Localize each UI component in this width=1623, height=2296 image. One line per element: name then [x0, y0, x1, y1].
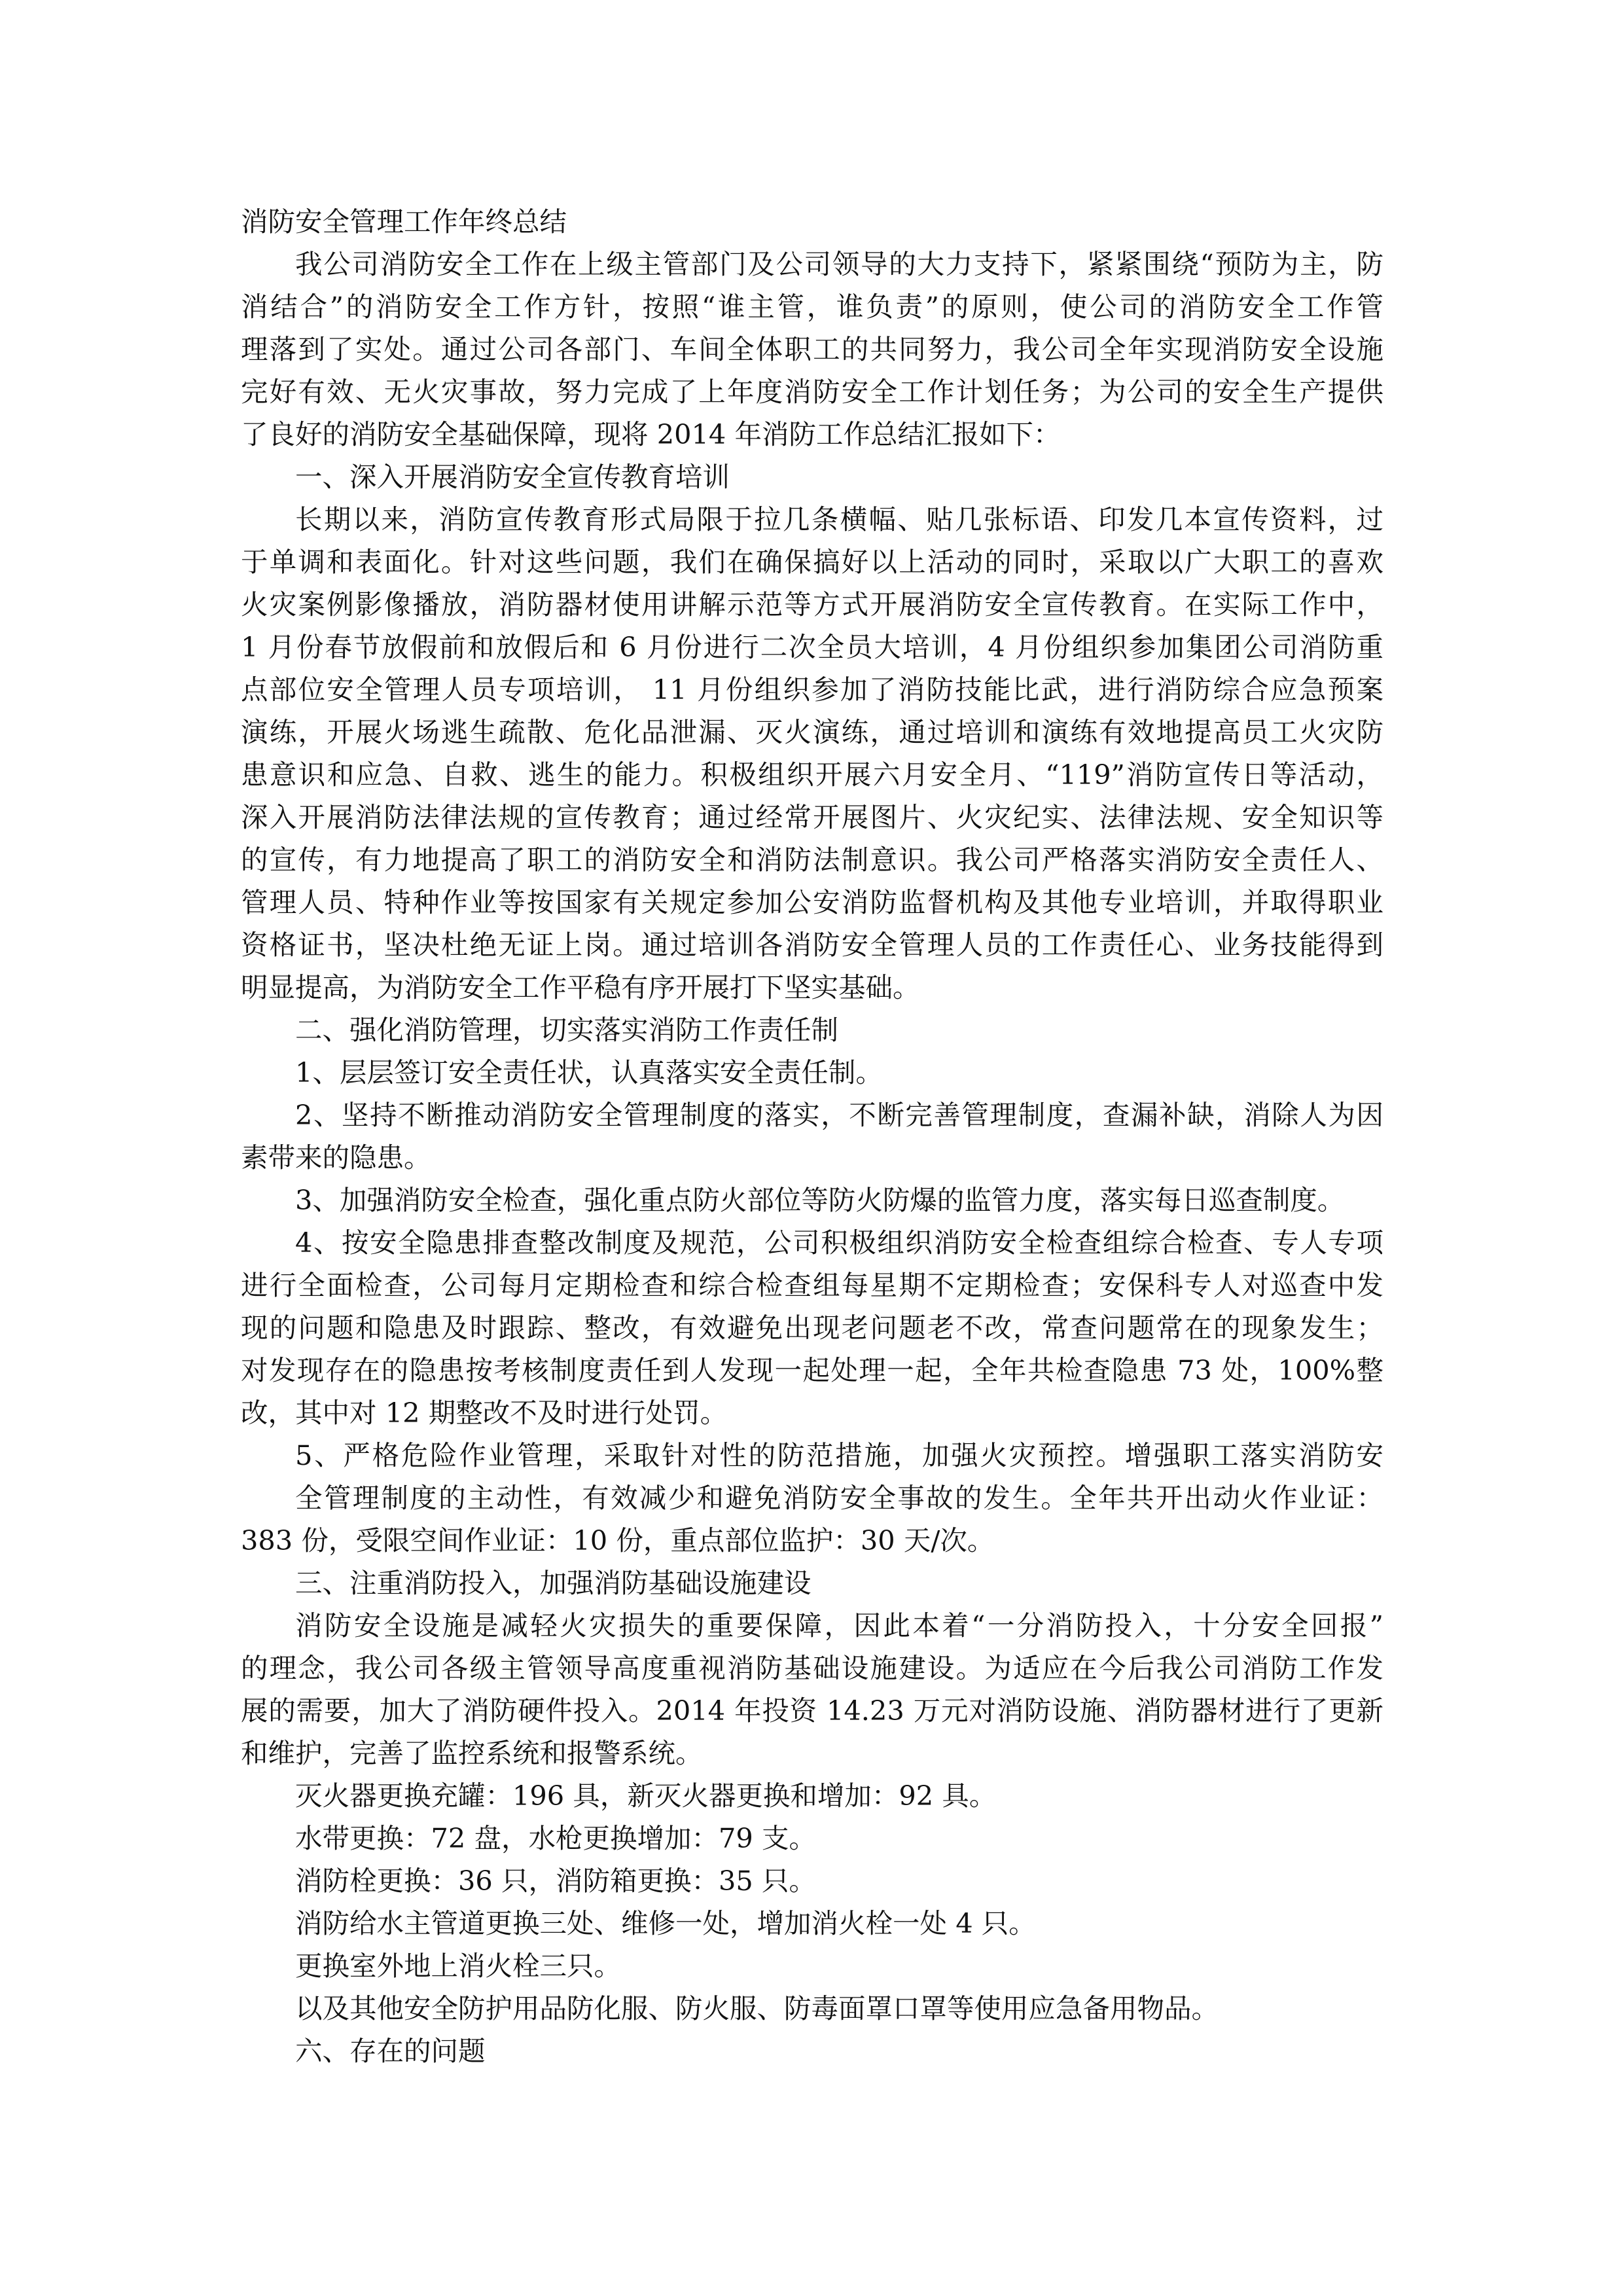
equipment-item: 更换室外地上消火栓三只。: [241, 1945, 1383, 1987]
list-item-2-cont: 素带来的隐患。: [241, 1136, 1383, 1179]
list-item-5: 5、严格危险作业管理，采取针对性的防范措施，加强火灾预控。增强职工落实消防安: [241, 1434, 1383, 1477]
list-item-4-cont: 进行全面检查，公司每月定期检查和综合检查组每星期不定期检查；安保科专人对巡查中发: [241, 1264, 1383, 1306]
paragraph-line: 1 月份春节放假前和放假后和 6 月份进行二次全员大培训，4 月份组织参加集团公…: [241, 626, 1383, 668]
paragraph-line: 消结合”的消防安全工作方针，按照“谁主管，谁负责”的原则，使公司的消防安全工作管: [241, 285, 1383, 328]
list-item-3: 3、加强消防安全检查，强化重点防火部位等防火防爆的监管力度，落实每日巡查制度。: [241, 1179, 1383, 1221]
list-item-4: 4、按安全隐患排查整改制度及规范，公司积极组织消防安全检查组综合检查、专人专项: [241, 1221, 1383, 1264]
intro-paragraph: 我公司消防安全工作在上级主管部门及公司领导的大力支持下，紧紧围绕“预防为主，防 …: [241, 243, 1383, 456]
paragraph-line: 我公司消防安全工作在上级主管部门及公司领导的大力支持下，紧紧围绕“预防为主，防: [241, 243, 1383, 285]
section-heading-6: 六、存在的问题: [241, 2030, 1383, 2072]
equipment-item: 灭火器更换充罐：196 具，新灭火器更换和增加：92 具。: [241, 1774, 1383, 1817]
section-heading-1: 一、深入开展消防安全宣传教育培训: [241, 456, 1383, 498]
paragraph-line: 了良好的消防安全基础保障，现将 2014 年消防工作总结汇报如下：: [241, 413, 1383, 456]
paragraph-line: 展的需要，加大了消防硬件投入。2014 年投资 14.23 万元对消防设施、消防…: [241, 1689, 1383, 1732]
paragraph-line: 资格证书，坚决杜绝无证上岗。通过培训各消防安全管理人员的工作责任心、业务技能得到: [241, 924, 1383, 966]
list-item-1: 1、层层签订安全责任状，认真落实安全责任制。: [241, 1051, 1383, 1094]
paragraph-line: 火灾案例影像播放，消防器材使用讲解示范等方式开展消防安全宣传教育。在实际工作中，: [241, 583, 1383, 626]
paragraph-line: 理落到了实处。通过公司各部门、车间全体职工的共同努力，我公司全年实现消防安全设施: [241, 328, 1383, 370]
section-heading-3: 三、注重消防投入，加强消防基础设施建设: [241, 1562, 1383, 1604]
section-heading-2: 二、强化消防管理，切实落实消防工作责任制: [241, 1009, 1383, 1051]
paragraph-line: 的宣传，有力地提高了职工的消防安全和消防法制意识。我公司严格落实消防安全责任人、: [241, 838, 1383, 881]
section-3-list: 灭火器更换充罐：196 具，新灭火器更换和增加：92 具。 水带更换：72 盘，…: [241, 1774, 1383, 2030]
list-item-5-cont: 383 份，受限空间作业证：10 份，重点部位监护：30 天/次。: [241, 1519, 1383, 1562]
section-3-paragraph: 消防安全设施是减轻火灾损失的重要保障，因此本着“一分消防投入，十分安全回报” 的…: [241, 1604, 1383, 1774]
paragraph-line: 深入开展消防法律法规的宣传教育；通过经常开展图片、火灾纪实、法律法规、安全知识等: [241, 796, 1383, 838]
list-item-4-cont: 对发现存在的隐患按考核制度责任到人发现一起处理一起，全年共检查隐患 73 处，1…: [241, 1349, 1383, 1391]
equipment-item: 消防给水主管道更换三处、维修一处，增加消火栓一处 4 只。: [241, 1902, 1383, 1945]
paragraph-line: 和维护，完善了监控系统和报警系统。: [241, 1732, 1383, 1774]
paragraph-line: 患意识和应急、自救、逃生的能力。积极组织开展六月安全月、“119”消防宣传日等活…: [241, 753, 1383, 796]
list-item-2: 2、坚持不断推动消防安全管理制度的落实，不断完善管理制度，查漏补缺，消除人为因: [241, 1094, 1383, 1136]
equipment-item: 以及其他安全防护用品防化服、防火服、防毒面罩口罩等使用应急备用物品。: [241, 1987, 1383, 2030]
paragraph-line: 消防安全设施是减轻火灾损失的重要保障，因此本着“一分消防投入，十分安全回报”: [241, 1604, 1383, 1647]
list-item-4-cont: 改，其中对 12 期整改不及时进行处罚。: [241, 1391, 1383, 1434]
paragraph-line: 管理人员、特种作业等按国家有关规定参加公安消防监督机构及其他专业培训，并取得职业: [241, 881, 1383, 924]
paragraph-line: 于单调和表面化。针对这些问题，我们在确保搞好以上活动的同时，采取以广大职工的喜欢: [241, 541, 1383, 583]
paragraph-line: 长期以来，消防宣传教育形式局限于拉几条横幅、贴几张标语、印发几本宣传资料，过: [241, 498, 1383, 541]
paragraph-line: 的理念，我公司各级主管领导高度重视消防基础设施建设。为适应在今后我公司消防工作发: [241, 1647, 1383, 1689]
paragraph-line: 明显提高，为消防安全工作平稳有序开展打下坚实基础。: [241, 966, 1383, 1009]
section-1-paragraph: 长期以来，消防宣传教育形式局限于拉几条横幅、贴几张标语、印发几本宣传资料，过 于…: [241, 498, 1383, 1009]
list-item-5-cont: 全管理制度的主动性，有效减少和避免消防安全事故的发生。全年共开出动火作业证：: [241, 1477, 1383, 1519]
paragraph-line: 点部位安全管理人员专项培训， 11 月份组织参加了消防技能比武，进行消防综合应急…: [241, 668, 1383, 711]
equipment-item: 消防栓更换：36 只，消防箱更换：35 只。: [241, 1859, 1383, 1902]
document-title: 消防安全管理工作年终总结: [241, 200, 1383, 243]
document-page: 消防安全管理工作年终总结 我公司消防安全工作在上级主管部门及公司领导的大力支持下…: [241, 200, 1383, 2072]
list-item-4-cont: 现的问题和隐患及时跟踪、整改，有效避免出现老问题老不改，常查问题常在的现象发生；: [241, 1306, 1383, 1349]
paragraph-line: 演练，开展火场逃生疏散、危化品泄漏、灭火演练，通过培训和演练有效地提高员工火灾防: [241, 711, 1383, 753]
paragraph-line: 完好有效、无火灾事故，努力完成了上年度消防安全工作计划任务；为公司的安全生产提供: [241, 370, 1383, 413]
section-2-items: 1、层层签订安全责任状，认真落实安全责任制。 2、坚持不断推动消防安全管理制度的…: [241, 1051, 1383, 1562]
equipment-item: 水带更换：72 盘，水枪更换增加：79 支。: [241, 1817, 1383, 1859]
